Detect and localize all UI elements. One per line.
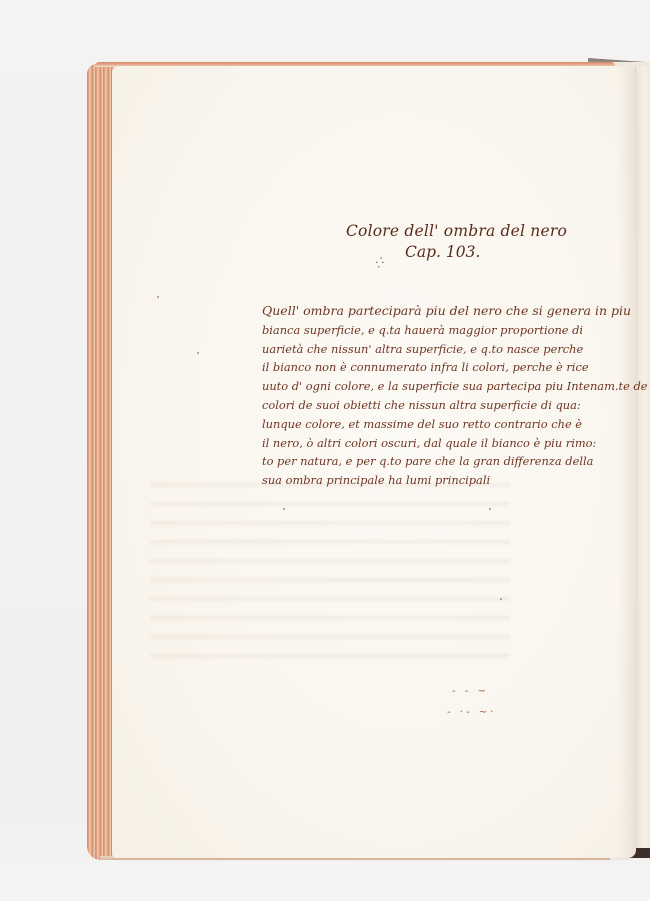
ink-speck [489,508,491,510]
text-line: lunque colore, et massime del suo retto … [262,415,642,434]
section-mark: ⁛ [375,258,383,269]
text-line: Quell' ombra parteciparà piu del nero ch… [262,302,642,321]
ink-speck [197,352,199,354]
chapter-number: Cap. 103. [405,243,480,261]
ornament-dashes: - ·- ~· [447,707,496,718]
text-line: to per natura, e per q.to pare che la gr… [262,452,642,471]
chapter-title: Colore dell' ombra del nero [346,222,567,240]
ornament-dashes: - - ~ [452,686,489,697]
text-line: bianca superficie, e q.ta hauerà maggior… [262,321,642,340]
show-through-text [150,470,510,660]
text-line: il nero, ò altri colori oscuri, dal qual… [262,434,642,453]
ink-speck [283,508,285,510]
ink-speck [500,598,502,600]
text-line: uuto d' ogni colore, e la superficie sua… [262,377,642,396]
text-line: sua ombra principale ha lumi principali [262,471,642,490]
manuscript-photo: Colore dell' ombra del nero Cap. 103. ⁛ … [0,0,650,901]
text-line: colori de suoi obietti che nissun altra … [262,396,642,415]
ink-speck [157,296,159,298]
text-line: il bianco non è connumerato infra li col… [262,358,642,377]
body-paragraph: Quell' ombra parteciparà piu del nero ch… [262,302,642,490]
text-line: uarietà che nissun' altra superficie, e … [262,340,642,359]
